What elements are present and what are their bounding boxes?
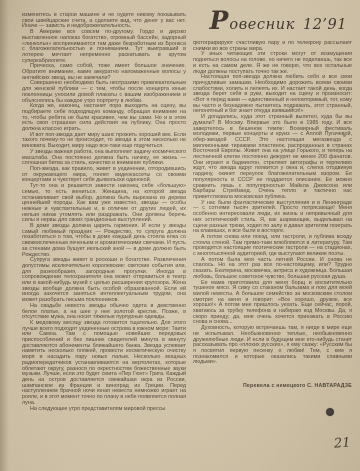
paragraph: Когда же, наконец, настанет пора выходит…	[22, 104, 186, 133]
magazine-page: Ровесник12’91 изменитесь в старой машине…	[0, 0, 360, 471]
paragraph: изменитесь в старой машине и не будете н…	[22, 13, 186, 30]
ink-dot	[326, 408, 334, 416]
paragraph: На следующее утро представителям мировой…	[22, 407, 186, 413]
paragraph: А потом снова или поезд, или гастроли, и…	[193, 235, 352, 258]
right-text-column: фотографируют счастливую пару и по телеф…	[193, 41, 352, 380]
paragraph: У звезды важная работа, она выполняет за…	[22, 150, 186, 167]
page-number: 21	[333, 435, 351, 451]
paragraph: А потом была моя часть летней России. И …	[193, 258, 352, 281]
left-text-column: изменитесь в старой машине и не будете н…	[22, 13, 186, 443]
paragraph: В доме звезды должна царить гармония. И …	[22, 224, 186, 258]
translator-credit: Перевела с немецкого С. НАВТАРАДЗЕ	[193, 383, 354, 389]
paragraph: Прическа, само собой, тоже имеет большое…	[22, 64, 186, 81]
paragraph: В Америке все совсем по-другому. Гордо и…	[22, 30, 186, 64]
paragraph: Духовность, которую встречаешь там, я ни…	[193, 326, 352, 366]
paragraph: К медовому месяцу звезда готовится тщате…	[22, 321, 186, 407]
paragraph: У нас были фантастические выступления и …	[193, 201, 352, 235]
paragraph: Ее мама приготовила для меня борщ и восх…	[193, 281, 352, 327]
magazine-header: Ровесник12’91	[210, 8, 347, 33]
paragraph: Совершенно необходимо быть неотразимо пр…	[22, 81, 186, 104]
paragraph: Поп-звезда, как правило, живет в уединен…	[22, 167, 186, 184]
paragraph: Тут-то она и решается завести наконец се…	[22, 184, 186, 224]
magazine-title: овесник	[229, 17, 295, 33]
paragraph: На свадьбе невеста звезды обычно одета в…	[22, 304, 186, 321]
paragraph: Настоящая поп-звезда должна любить себя …	[193, 75, 352, 115]
magazine-title-initial: Р	[210, 6, 229, 35]
paper-speck	[343, 134, 346, 137]
issue-number: 12’91	[303, 17, 347, 33]
paragraph: У иных читающих эти строки могут от возм…	[193, 52, 352, 75]
paragraph: Супруга звезды живет в роскоши и богатст…	[22, 258, 186, 304]
page-edge-shadow	[0, 0, 9, 471]
paragraph: И вот поп-звезда дает миру шанс прожить …	[22, 133, 186, 150]
paragraph: И догадались, куда этот странный вылетел…	[193, 115, 352, 201]
